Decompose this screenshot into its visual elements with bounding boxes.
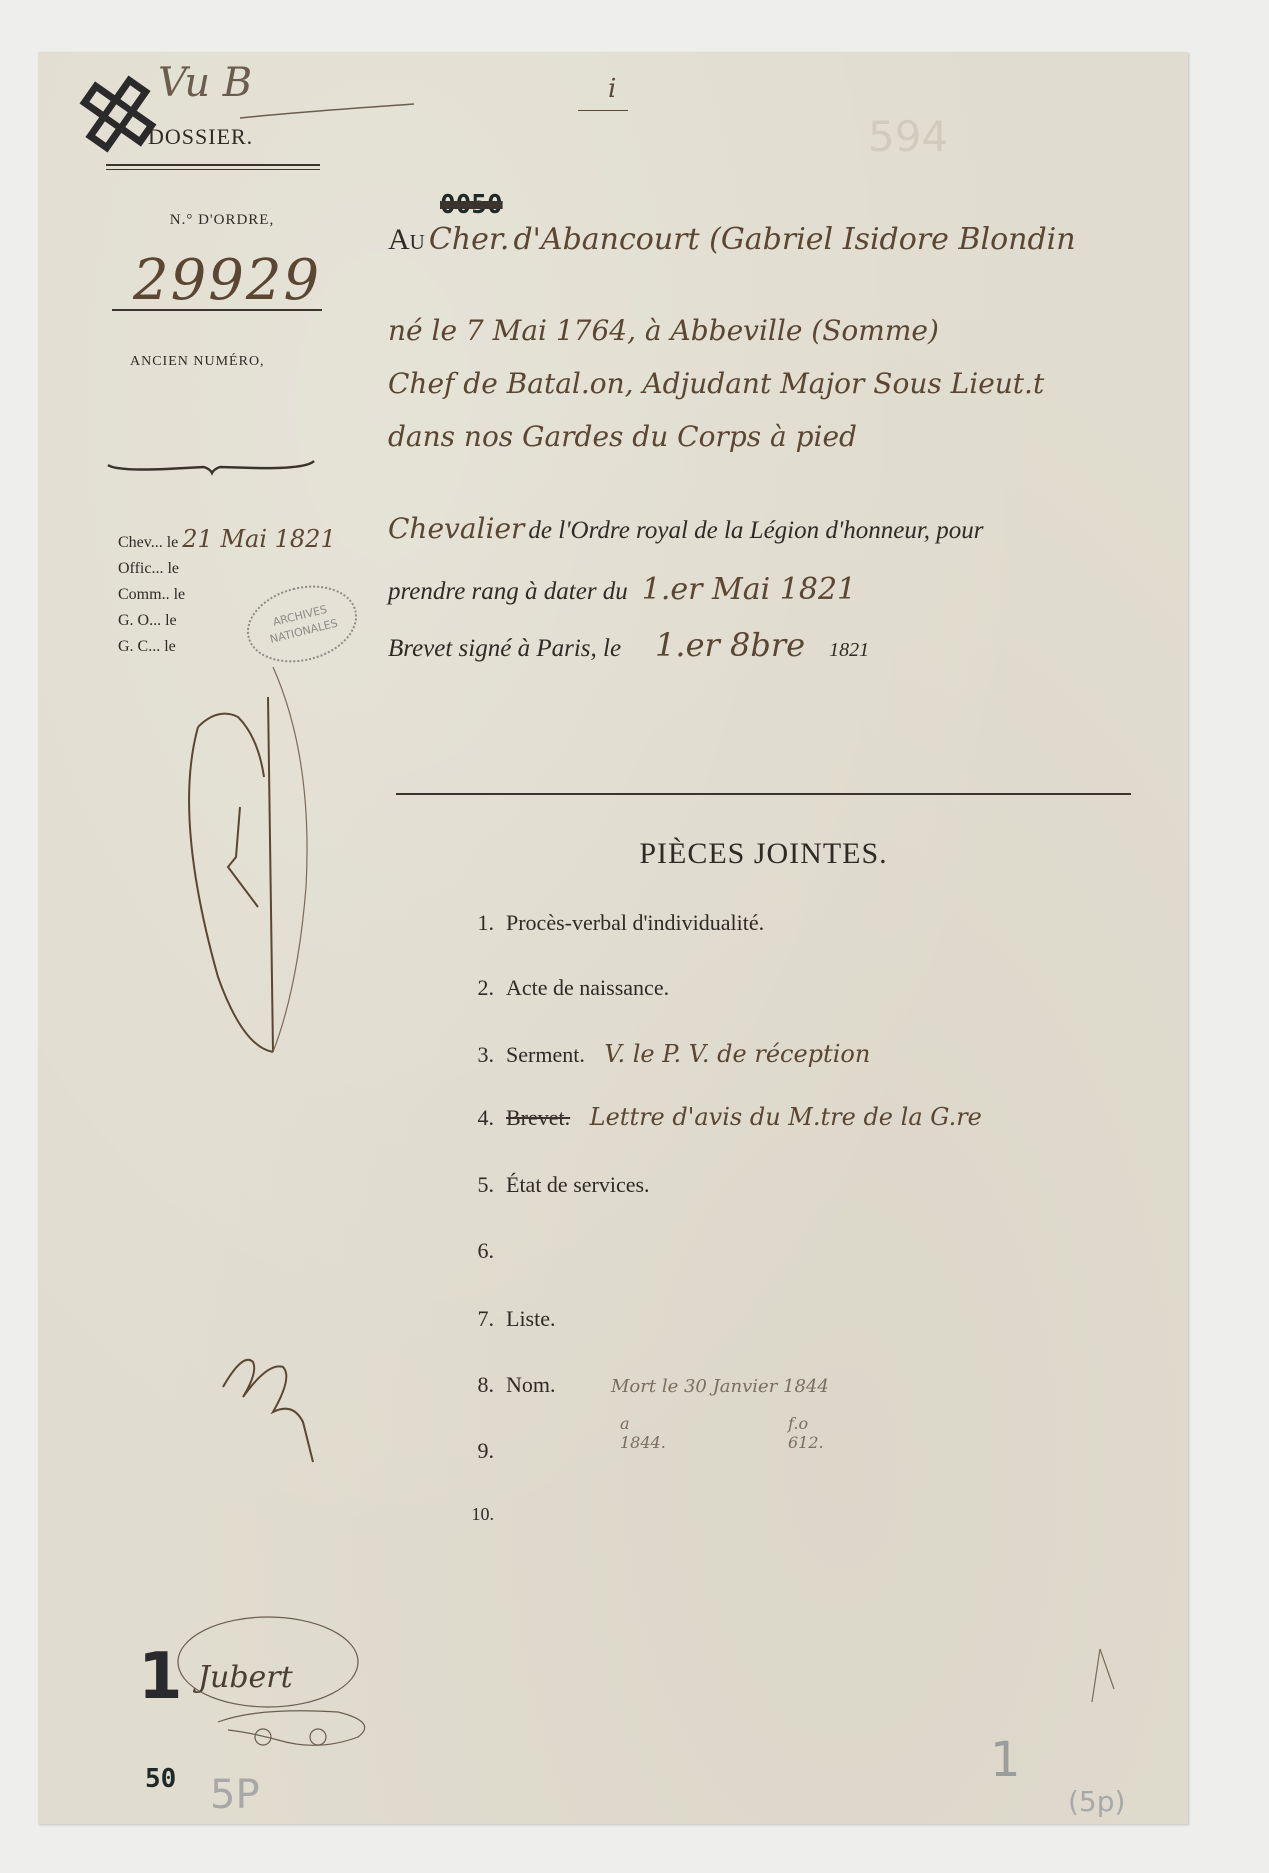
section-divider-flourish [106, 459, 316, 479]
vu-annotation: Vu B [158, 60, 252, 106]
award-rank-text: prendre rang à dater du [388, 578, 628, 605]
grade-label: Offic... le [118, 560, 179, 577]
grade-date: 21 Mai 1821 [182, 525, 335, 553]
grade-label: Comm.. le [118, 586, 185, 603]
footer-stamp-50: 50 [145, 1764, 176, 1794]
recipient-prefix: Au [388, 223, 425, 256]
signature: Jubert [198, 1660, 293, 1695]
piece-note: Mort le 30 Janvier 1844 [611, 1376, 829, 1397]
ancien-numero-label: ANCIEN NUMÉRO, [130, 354, 265, 370]
dossier-label: DOSSIER. [148, 124, 253, 150]
dossier-rule-2 [106, 169, 320, 170]
piece-item-2: 2.Acte de naissance. [458, 975, 669, 1001]
document-page: Vu B i DOSSIER. 594 N.° D'ORDRE, 29929 A… [38, 52, 1188, 1824]
pencil-mark-5p-left: 5P [210, 1772, 260, 1818]
no-ordre-label: N.° D'ORDRE, [152, 212, 292, 229]
no-ordre-value: 29929 [133, 248, 321, 313]
award-line-2: prendre rang à dater du 1.er Mai 1821 [388, 572, 856, 607]
award-order-text: de l'Ordre royal de la Légion d'honneur,… [528, 517, 983, 544]
pencil-mark-5p-right: (5p) [1068, 1785, 1125, 1818]
cross-stamp-icon [78, 74, 158, 154]
pencil-mark-1-right: 1 [990, 1732, 1021, 1788]
brevet-signed-date: 1.er 8bre [655, 626, 805, 664]
award-line-1: Chevalier de l'Ordre royal de la Légion … [388, 512, 984, 545]
brevet-signed-text: Brevet signé à Paris, le [388, 635, 621, 662]
grade-label: Chev... le [118, 534, 178, 551]
piece-item-9: 9. [458, 1438, 506, 1464]
no-ordre-rule [112, 309, 322, 311]
award-grade: Chevalier [388, 512, 524, 545]
pieces-divider [396, 793, 1131, 795]
page-mark: i [608, 74, 616, 104]
award-rank-date: 1.er Mai 1821 [642, 572, 856, 607]
award-line-3: Brevet signé à Paris, le 1.er 8bre 1821 [388, 626, 869, 664]
piece-note: V. le P. V. de réception [604, 1040, 870, 1068]
page-mark-underline [578, 110, 628, 111]
piece-item-8: 8.Nom. Mort le 30 Janvier 1844 [458, 1372, 829, 1398]
piece-item-3: 3.Serment. V. le P. V. de réception [458, 1040, 870, 1068]
handwritten-loop-mark [178, 657, 318, 1067]
piece-item-5: 5.État de services. [458, 1172, 650, 1198]
recipient-title: Cher. [429, 222, 510, 257]
brevet-signed-year: 1821 [829, 639, 869, 661]
grade-row-officier: Offic... le [118, 556, 336, 582]
piece-item-6: 6. [458, 1238, 506, 1264]
vu-underline-stroke [238, 102, 418, 122]
faint-number-mark: 594 [868, 112, 948, 161]
piece-item-8-subnote-right: f.o 612. [788, 1414, 824, 1452]
pieces-jointes-title: PIÈCES JOINTES. [396, 837, 1131, 871]
recipient-rank: Chef de Batal.on, Adjudant Major Sous Li… [388, 367, 1044, 400]
grade-row-chevalier: Chev... le 21 Mai 1821 [118, 526, 336, 556]
recipient-unit: dans nos Gardes du Corps à pied [388, 420, 857, 453]
piece-item-10: 10. [458, 1504, 506, 1525]
piece-note: Lettre d'avis du M.tre de la G.re [590, 1103, 982, 1131]
small-tick-mark [1088, 1647, 1118, 1707]
piece-item-8-subnote-left: a 1844. [620, 1414, 666, 1452]
dossier-rule-1 [106, 164, 320, 166]
recipient-line: Au Cher. d'Abancourt (Gabriel Isidore Bl… [388, 222, 1076, 257]
recipient-birth: né le 7 Mai 1764, à Abbeville (Somme) [388, 314, 939, 347]
handwritten-squiggle-mark [213, 1342, 333, 1472]
grade-label: G. C... le [118, 638, 176, 655]
struck-number-stamp: 0050 [440, 190, 503, 220]
grade-label: G. O... le [118, 612, 177, 629]
piece-item-7: 7.Liste. [458, 1306, 556, 1332]
recipient-name: d'Abancourt (Gabriel Isidore Blondin [513, 222, 1075, 257]
piece-item-1: 1.Procès-verbal d'individualité. [458, 910, 764, 936]
piece-item-4: 4.Brevet. Lettre d'avis du M.tre de la G… [458, 1103, 982, 1131]
